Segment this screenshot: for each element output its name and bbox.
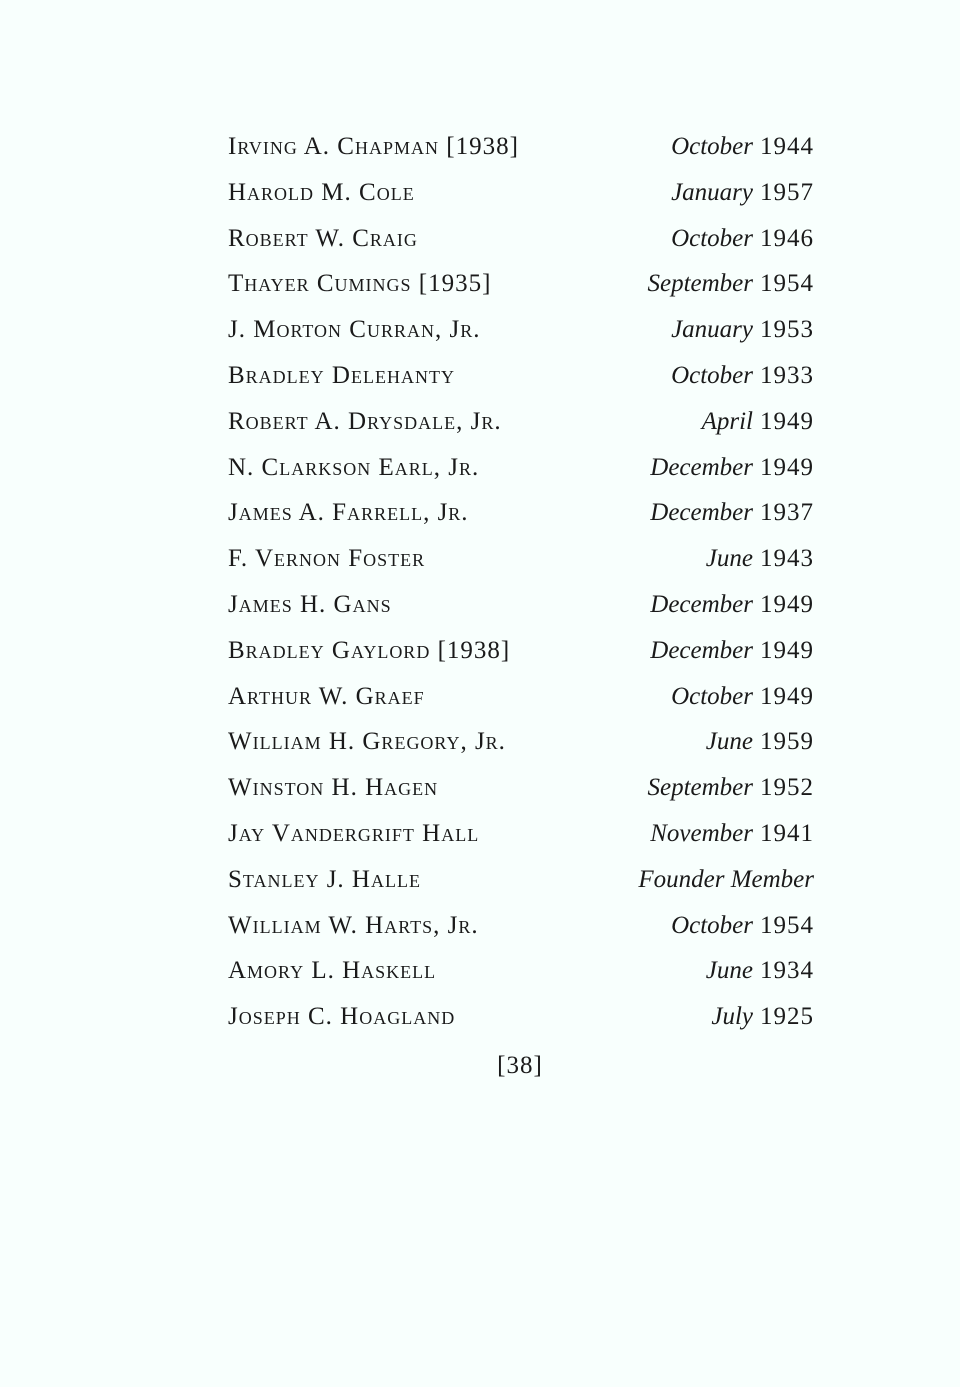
member-date: November1941 [650, 811, 814, 857]
member-name: Bradley Gaylord [1938] [228, 628, 510, 674]
list-item: Jay Vandergrift Hall November1941 [228, 811, 814, 857]
member-year: 1953 [760, 316, 814, 343]
member-name: N. Clarkson Earl, Jr. [228, 445, 479, 491]
member-date: September1954 [647, 261, 814, 307]
member-date: October1933 [671, 353, 814, 399]
member-month: October [671, 683, 753, 710]
member-year: 1949 [760, 637, 814, 664]
member-month: Founder Member [638, 866, 814, 893]
member-name: William H. Gregory, Jr. [228, 719, 506, 765]
member-name: Joseph C. Hoagland [228, 994, 455, 1040]
member-year: 1937 [760, 499, 814, 526]
document-page: Irving A. Chapman [1938] October1944 Har… [0, 0, 960, 1387]
member-year: 1954 [760, 270, 814, 297]
member-year: 1949 [760, 454, 814, 481]
member-month: December [650, 591, 753, 618]
member-year: 1946 [760, 225, 814, 252]
member-date: October1946 [671, 216, 814, 262]
member-month: January [671, 179, 753, 206]
member-name: Stanley J. Halle [228, 857, 421, 903]
member-date: December1949 [650, 445, 814, 491]
list-item: F. Vernon Foster June1943 [228, 536, 814, 582]
member-month: September [647, 774, 753, 801]
member-year: 1952 [760, 774, 814, 801]
member-name: Jay Vandergrift Hall [228, 811, 479, 857]
member-name: Robert W. Craig [228, 216, 418, 262]
list-item: Robert W. Craig October1946 [228, 216, 814, 262]
member-date: June1959 [706, 719, 814, 765]
member-date: September1952 [647, 765, 814, 811]
member-date: April1949 [702, 399, 814, 445]
member-month: January [671, 316, 753, 343]
member-name: Robert A. Drysdale, Jr. [228, 399, 502, 445]
list-item: Arthur W. Graef October1949 [228, 674, 814, 720]
list-item: Harold M. Cole January1957 [228, 170, 814, 216]
member-date: December1949 [650, 582, 814, 628]
member-month: October [671, 912, 753, 939]
member-date: October1949 [671, 674, 814, 720]
member-date: January1953 [671, 307, 814, 353]
member-name: Harold M. Cole [228, 170, 415, 216]
list-item: N. Clarkson Earl, Jr. December1949 [228, 445, 814, 491]
member-month: April [702, 408, 753, 435]
member-year: 1957 [760, 179, 814, 206]
list-item: Joseph C. Hoagland July1925 [228, 994, 814, 1040]
member-list: Irving A. Chapman [1938] October1944 Har… [228, 124, 814, 1040]
member-name: Irving A. Chapman [1938] [228, 124, 519, 170]
member-year: 1925 [760, 1003, 814, 1030]
list-item: James H. Gans December1949 [228, 582, 814, 628]
member-year: 1944 [760, 133, 814, 160]
list-item: Irving A. Chapman [1938] October1944 [228, 124, 814, 170]
list-item: Stanley J. Halle Founder Member [228, 857, 814, 903]
member-name: Amory L. Haskell [228, 948, 436, 994]
page-number: [38] [0, 1052, 960, 1080]
member-month: June [706, 728, 753, 755]
member-year: 1941 [760, 820, 814, 847]
member-date: June1934 [706, 948, 814, 994]
member-name: F. Vernon Foster [228, 536, 425, 582]
member-date: Founder Member [638, 857, 814, 903]
list-item: Winston H. Hagen September1952 [228, 765, 814, 811]
member-date: October1954 [671, 903, 814, 949]
list-item: J. Morton Curran, Jr. January1953 [228, 307, 814, 353]
member-month: June [706, 957, 753, 984]
list-item: Amory L. Haskell June1934 [228, 948, 814, 994]
member-name: William W. Harts, Jr. [228, 903, 479, 949]
member-year: 1943 [760, 545, 814, 572]
member-date: January1957 [671, 170, 814, 216]
member-name: J. Morton Curran, Jr. [228, 307, 480, 353]
member-month: December [650, 499, 753, 526]
member-year: 1959 [760, 728, 814, 755]
member-name: Winston H. Hagen [228, 765, 438, 811]
member-month: September [647, 270, 753, 297]
member-date: December1949 [650, 628, 814, 674]
member-year: 1949 [760, 408, 814, 435]
member-name: James H. Gans [228, 582, 392, 628]
member-month: October [671, 133, 753, 160]
list-item: Bradley Delehanty October1933 [228, 353, 814, 399]
member-month: October [671, 225, 753, 252]
list-item: Bradley Gaylord [1938] December1949 [228, 628, 814, 674]
member-month: July [711, 1003, 753, 1030]
member-month: October [671, 362, 753, 389]
member-year: 1934 [760, 957, 814, 984]
member-year: 1954 [760, 912, 814, 939]
member-month: June [706, 545, 753, 572]
member-date: December1937 [650, 490, 814, 536]
member-year: 1949 [760, 683, 814, 710]
member-year: 1933 [760, 362, 814, 389]
list-item: William W. Harts, Jr. October1954 [228, 903, 814, 949]
list-item: William H. Gregory, Jr. June1959 [228, 719, 814, 765]
list-item: Robert A. Drysdale, Jr. April1949 [228, 399, 814, 445]
member-month: December [650, 454, 753, 481]
list-item: James A. Farrell, Jr. December1937 [228, 490, 814, 536]
member-name: Bradley Delehanty [228, 353, 455, 399]
member-name: James A. Farrell, Jr. [228, 490, 469, 536]
member-name: Thayer Cumings [1935] [228, 261, 491, 307]
member-date: July1925 [711, 994, 814, 1040]
member-month: November [650, 820, 753, 847]
member-year: 1949 [760, 591, 814, 618]
member-date: June1943 [706, 536, 814, 582]
member-month: December [650, 637, 753, 664]
list-item: Thayer Cumings [1935] September1954 [228, 261, 814, 307]
member-name: Arthur W. Graef [228, 674, 425, 720]
member-date: October1944 [671, 124, 814, 170]
